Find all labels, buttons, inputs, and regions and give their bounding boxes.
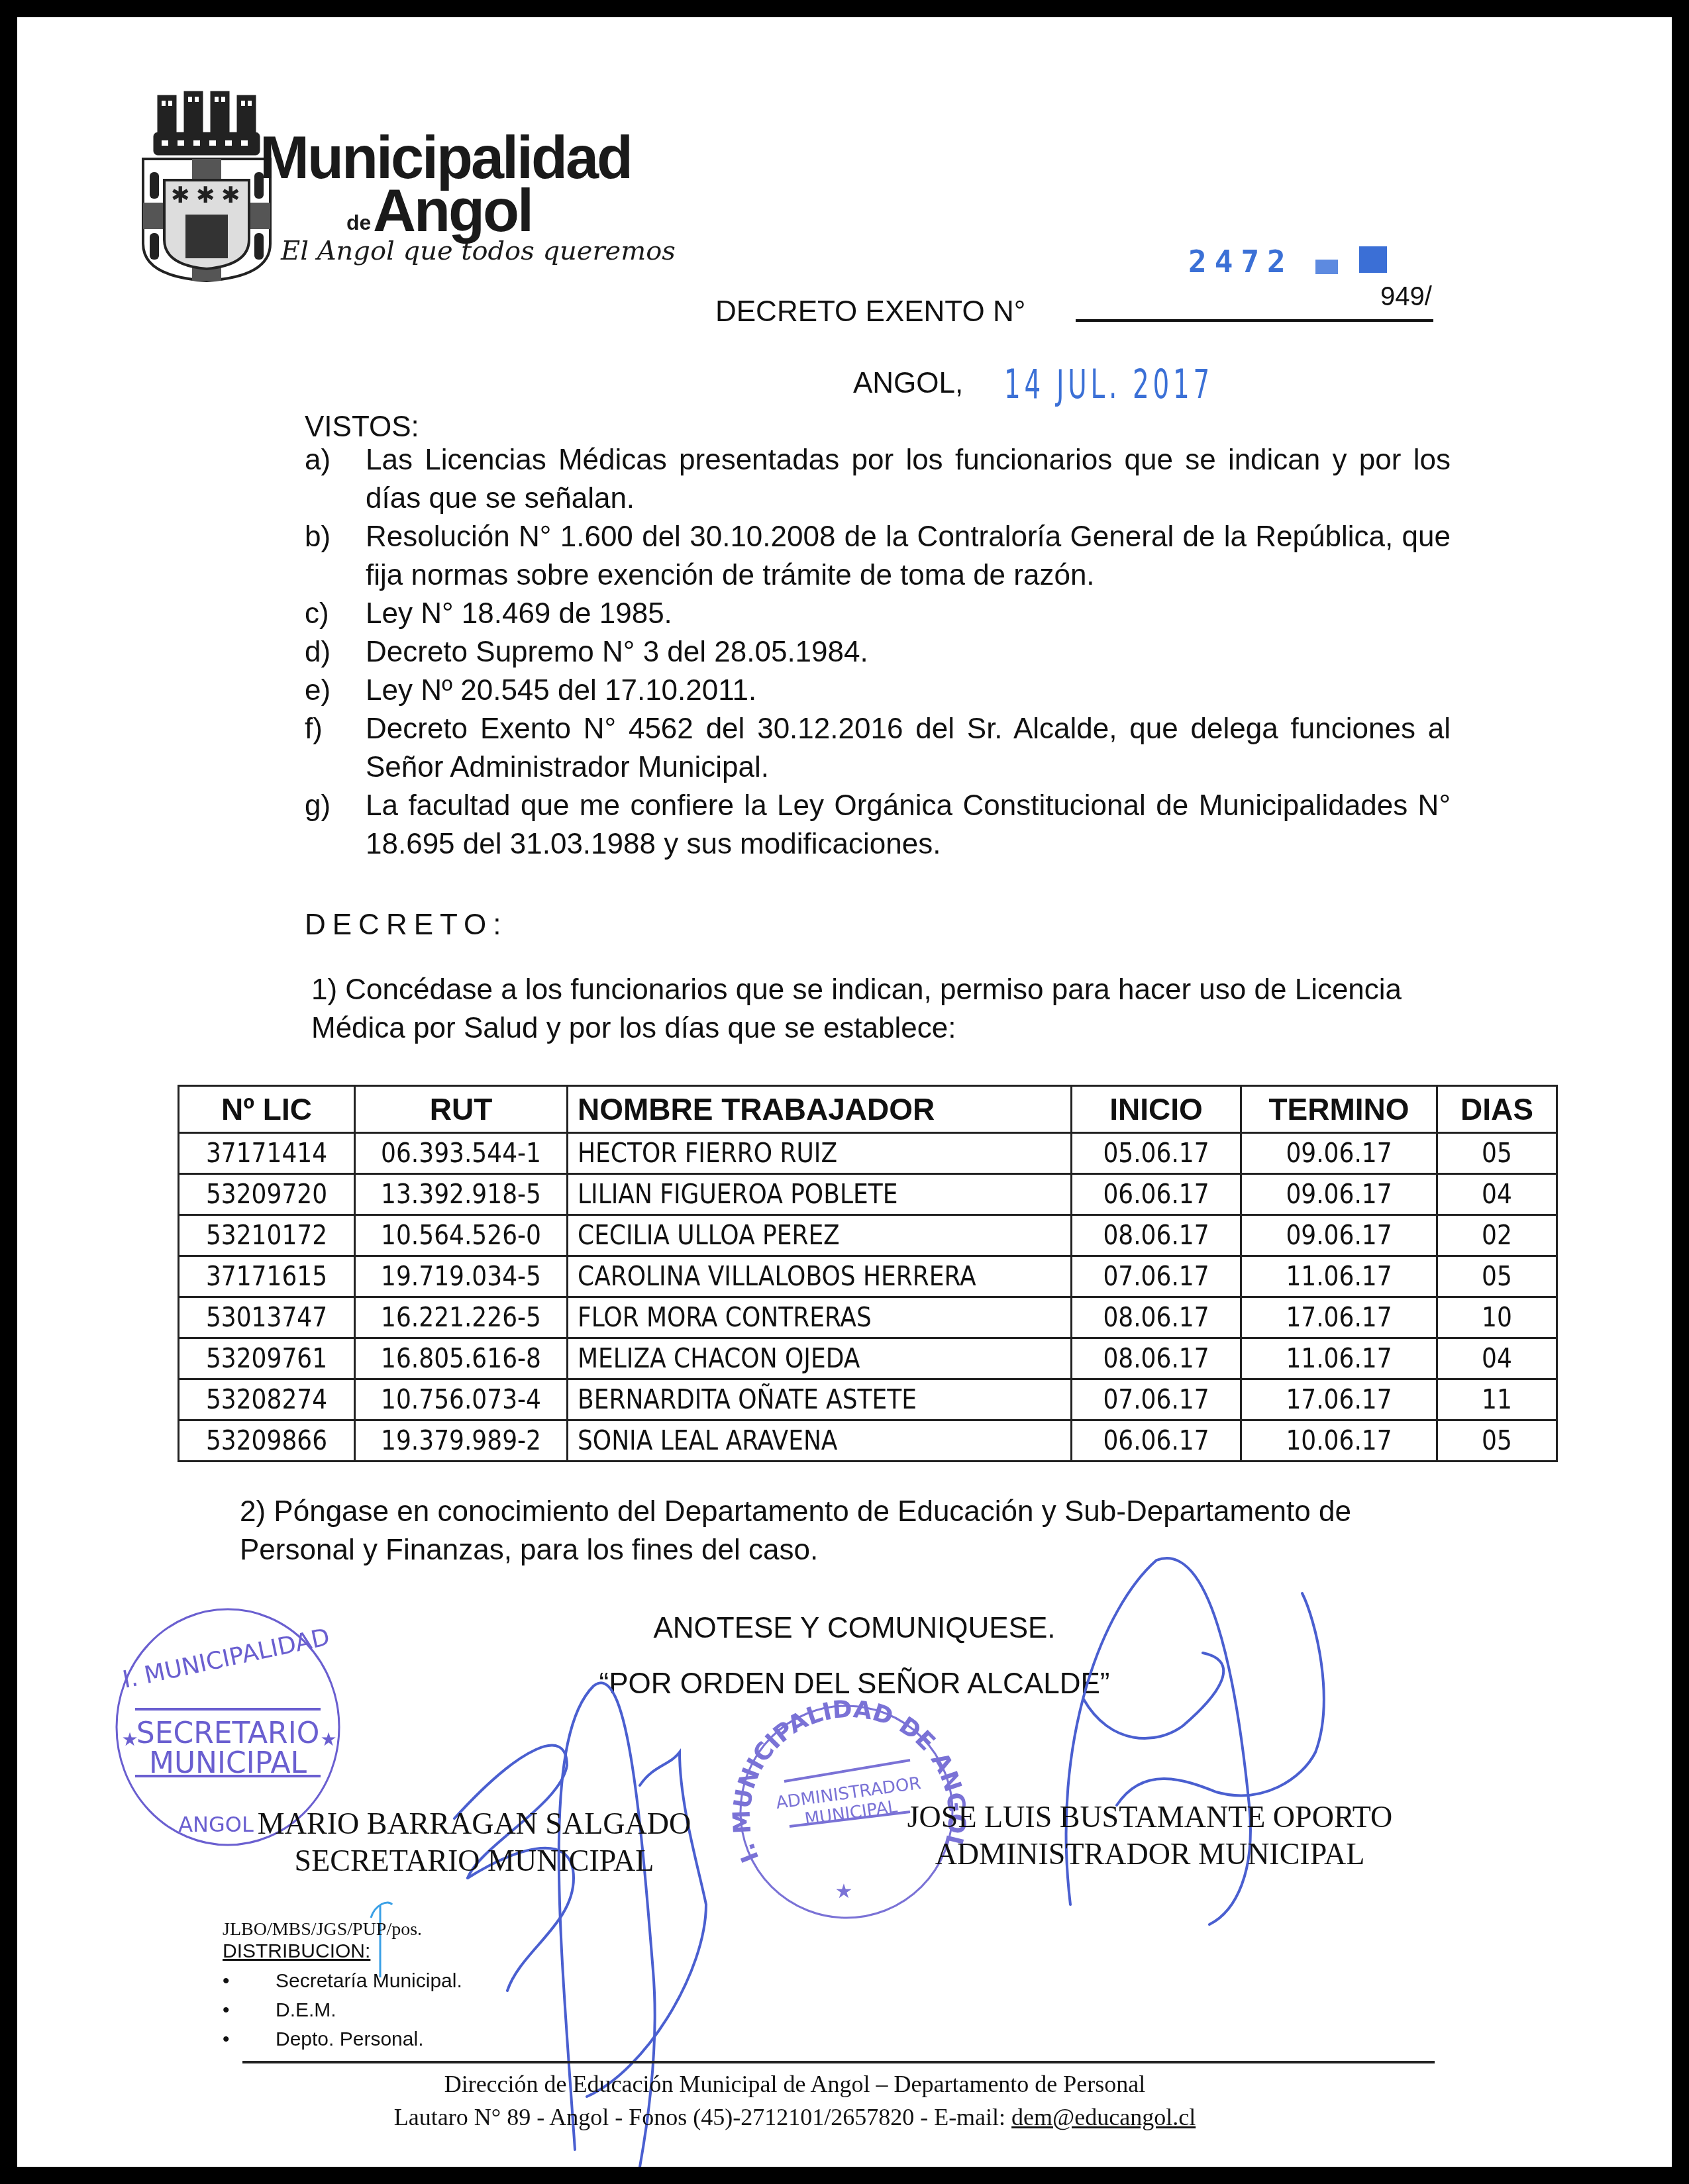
svg-text:✱: ✱	[221, 182, 240, 209]
cell-inicio: 06.06.17	[1072, 1420, 1241, 1462]
seal-left-line2: MUNICIPAL	[149, 1746, 307, 1780]
table-row: 3717141406.393.544-1HECTOR FIERRO RUIZ05…	[179, 1133, 1557, 1174]
vistos-item-text: Ley N° 18.469 de 1985.	[366, 595, 1451, 633]
org-de: de	[346, 211, 371, 235]
cell-rut: 16.221.226-5	[355, 1297, 568, 1338]
vistos-item: g)La facultad que me confiere la Ley Org…	[305, 787, 1451, 864]
cell-termino: 17.06.17	[1241, 1297, 1437, 1338]
place-label: ANGOL,	[853, 367, 963, 400]
cell-name: MELIZA CHACON OJEDA	[568, 1338, 1072, 1379]
cell-lic: 37171615	[179, 1256, 355, 1297]
cell-lic: 53208274	[179, 1379, 355, 1420]
cell-dias: 05	[1437, 1133, 1557, 1174]
decreto-point-2: 2) Póngase en conocimiento del Departame…	[240, 1493, 1472, 1569]
table-row: 5321017210.564.526-0CECILIA ULLOA PEREZ0…	[179, 1215, 1557, 1256]
org-slogan: El Angol que todos queremos	[281, 236, 676, 266]
table-row: 5301374716.221.226-5FLOR MORA CONTRERAS0…	[179, 1297, 1557, 1338]
cell-termino: 09.06.17	[1241, 1215, 1437, 1256]
table-row: 3717161519.719.034-5CAROLINA VILLALOBOS …	[179, 1256, 1557, 1297]
orden-line: “POR ORDEN DEL SEÑOR ALCALDE”	[17, 1667, 1672, 1701]
cell-rut: 19.719.034-5	[355, 1256, 568, 1297]
vistos-item: f)Decreto Exento N° 4562 del 30.12.2016 …	[305, 710, 1451, 787]
distribution-title: DISTRIBUCION:	[223, 1940, 370, 1963]
signature-block-right: JOSE LUIS BUSTAMANTE OPORTO ADMINISTRADO…	[885, 1799, 1415, 1873]
cell-inicio: 08.06.17	[1072, 1338, 1241, 1379]
cell-name: HECTOR FIERRO RUIZ	[568, 1133, 1072, 1174]
cell-name: CAROLINA VILLALOBOS HERRERA	[568, 1256, 1072, 1297]
cell-termino: 17.06.17	[1241, 1379, 1437, 1420]
footer-contact: Lautaro N° 89 - Angol - Fonos (45)-27121…	[17, 2103, 1672, 2131]
vistos-item: d)Decreto Supremo N° 3 del 28.05.1984.	[305, 633, 1451, 671]
vistos-item-text: Decreto Supremo N° 3 del 28.05.1984.	[366, 633, 1451, 671]
col-header-termino: TERMINO	[1241, 1086, 1437, 1133]
svg-text:✱: ✱	[171, 182, 190, 209]
cell-rut: 16.805.616-8	[355, 1338, 568, 1379]
cell-inicio: 08.06.17	[1072, 1215, 1241, 1256]
col-header-dias: DIAS	[1437, 1086, 1557, 1133]
svg-text:★: ★	[320, 1728, 336, 1750]
signer-right-role: ADMINISTRADOR MUNICIPAL	[885, 1836, 1415, 1873]
col-header-name: NOMBRE TRABAJADOR	[568, 1086, 1072, 1133]
table-row: 5320972013.392.918-5LILIAN FIGUEROA POBL…	[179, 1174, 1557, 1215]
seal-left-line1: SECRETARIO	[136, 1716, 320, 1750]
footer-department: Dirección de Educación Municipal de Ango…	[17, 2070, 1672, 2098]
stamp-mark-icon	[1359, 246, 1387, 273]
vistos-item-label: e)	[305, 671, 366, 710]
cell-lic: 53209866	[179, 1420, 355, 1462]
vistos-item-text: Resolución N° 1.600 del 30.10.2008 de la…	[366, 518, 1451, 595]
distribution-item: •Secretaría Municipal.	[223, 1967, 462, 1996]
date-stamp: 14 JUL. 2017	[1004, 362, 1213, 408]
svg-text:★: ★	[121, 1728, 138, 1750]
vistos-item: a)Las Licencias Médicas presentadas por …	[305, 441, 1451, 518]
cell-lic: 53013747	[179, 1297, 355, 1338]
cell-rut: 13.392.918-5	[355, 1174, 568, 1215]
vistos-item-text: Las Licencias Médicas presentadas por lo…	[366, 441, 1451, 518]
table-row: 5320986619.379.989-2SONIA LEAL ARAVENA06…	[179, 1420, 1557, 1462]
distribution-item: •D.E.M.	[223, 1996, 462, 2025]
distribution-list: •Secretaría Municipal. •D.E.M. •Depto. P…	[223, 1967, 462, 2054]
decree-number-underline	[1076, 319, 1433, 322]
vistos-item-text: La facultad que me confiere la Ley Orgán…	[366, 787, 1451, 864]
cell-dias: 05	[1437, 1420, 1557, 1462]
cell-lic: 53210172	[179, 1215, 355, 1256]
table-row: 5320976116.805.616-8MELIZA CHACON OJEDA0…	[179, 1338, 1557, 1379]
col-header-lic: Nº LIC	[179, 1086, 355, 1133]
cell-lic: 37171414	[179, 1133, 355, 1174]
cell-termino: 11.06.17	[1241, 1256, 1437, 1297]
footer-divider	[242, 2061, 1435, 2063]
signer-left-name: MARIO BARRAGAN SALGADO	[216, 1805, 733, 1842]
table-row: 5320827410.756.073-4BERNARDITA OÑATE AST…	[179, 1379, 1557, 1420]
cell-dias: 02	[1437, 1215, 1557, 1256]
table-header-row: Nº LIC RUT NOMBRE TRABAJADOR INICIO TERM…	[179, 1086, 1557, 1133]
document-page: ✱ ✱ ✱ Municipalidad de Angol El Angol qu…	[17, 17, 1672, 2167]
cell-name: LILIAN FIGUEROA POBLETE	[568, 1174, 1072, 1215]
svg-text:✱: ✱	[196, 182, 215, 209]
decreto-point-1: 1) Concédase a los funcionarios que se i…	[311, 971, 1451, 1048]
vistos-item-label: b)	[305, 518, 366, 595]
cell-dias: 10	[1437, 1297, 1557, 1338]
cell-lic: 53209761	[179, 1338, 355, 1379]
cell-inicio: 06.06.17	[1072, 1174, 1241, 1215]
cell-dias: 11	[1437, 1379, 1557, 1420]
cell-name: FLOR MORA CONTRERAS	[568, 1297, 1072, 1338]
distribution-item-text: D.E.M.	[276, 1999, 336, 2021]
cell-inicio: 07.06.17	[1072, 1379, 1241, 1420]
licenses-table: Nº LIC RUT NOMBRE TRABAJADOR INICIO TERM…	[178, 1085, 1558, 1462]
svg-text:★: ★	[835, 1880, 853, 1903]
cell-rut: 06.393.544-1	[355, 1133, 568, 1174]
cell-rut: 10.564.526-0	[355, 1215, 568, 1256]
vistos-item-text: Ley Nº 20.545 del 17.10.2011.	[366, 671, 1451, 710]
cell-termino: 09.06.17	[1241, 1133, 1437, 1174]
footer-address: Lautaro N° 89 - Angol - Fonos (45)-27121…	[394, 2104, 1011, 2130]
cell-name: SONIA LEAL ARAVENA	[568, 1420, 1072, 1462]
cell-inicio: 07.06.17	[1072, 1256, 1241, 1297]
cell-rut: 10.756.073-4	[355, 1379, 568, 1420]
signer-right-name: JOSE LUIS BUSTAMANTE OPORTO	[885, 1799, 1415, 1836]
vistos-item-label: g)	[305, 787, 366, 864]
cell-termino: 10.06.17	[1241, 1420, 1437, 1462]
bullet-icon: •	[223, 1967, 276, 1996]
signature-block-left: MARIO BARRAGAN SALGADO SECRETARIO MUNICI…	[216, 1805, 733, 1879]
cell-inicio: 08.06.17	[1072, 1297, 1241, 1338]
vistos-item-label: d)	[305, 633, 366, 671]
vistos-item-label: a)	[305, 441, 366, 518]
stamp-mark-icon	[1315, 260, 1338, 274]
bullet-icon: •	[223, 2025, 276, 2054]
distribution-item-text: Depto. Personal.	[276, 2028, 423, 2050]
cell-name: CECILIA ULLOA PEREZ	[568, 1215, 1072, 1256]
vistos-item-label: f)	[305, 710, 366, 787]
cell-dias: 05	[1437, 1256, 1557, 1297]
vistos-item: e)Ley Nº 20.545 del 17.10.2011.	[305, 671, 1451, 710]
cell-rut: 19.379.989-2	[355, 1420, 568, 1462]
org-city: Angol	[373, 181, 532, 241]
distribution-item: •Depto. Personal.	[223, 2025, 462, 2054]
cell-termino: 11.06.17	[1241, 1338, 1437, 1379]
distribution-item-text: Secretaría Municipal.	[276, 1970, 462, 1992]
cell-inicio: 05.06.17	[1072, 1133, 1241, 1174]
signer-left-role: SECRETARIO MUNICIPAL	[216, 1842, 733, 1879]
cell-dias: 04	[1437, 1174, 1557, 1215]
decreto-title: DECRETO:	[305, 906, 508, 944]
vistos-list: a)Las Licencias Médicas presentadas por …	[305, 441, 1451, 864]
vistos-item-text: Decreto Exento N° 4562 del 30.12.2016 de…	[366, 710, 1451, 787]
decree-label: DECRETO EXENTO N°	[715, 295, 1025, 328]
anotese-line: ANOTESE Y COMUNIQUESE.	[17, 1612, 1672, 1645]
col-header-rut: RUT	[355, 1086, 568, 1133]
decree-number-typed: 949/	[1380, 282, 1432, 312]
col-header-inicio: INICIO	[1072, 1086, 1241, 1133]
vistos-item-label: c)	[305, 595, 366, 633]
vistos-item: b)Resolución N° 1.600 del 30.10.2008 de …	[305, 518, 1451, 595]
bullet-icon: •	[223, 1996, 276, 2025]
decree-number-stamp: 2472	[1188, 244, 1294, 279]
cell-dias: 04	[1437, 1338, 1557, 1379]
footer-email-link[interactable]: dem@educangol.cl	[1011, 2104, 1196, 2130]
cell-lic: 53209720	[179, 1174, 355, 1215]
cell-name: BERNARDITA OÑATE ASTETE	[568, 1379, 1072, 1420]
vistos-item: c)Ley N° 18.469 de 1985.	[305, 595, 1451, 633]
cell-termino: 09.06.17	[1241, 1174, 1437, 1215]
document-initials: JLBO/MBS/JGS/PUP/pos.	[223, 1919, 422, 1940]
